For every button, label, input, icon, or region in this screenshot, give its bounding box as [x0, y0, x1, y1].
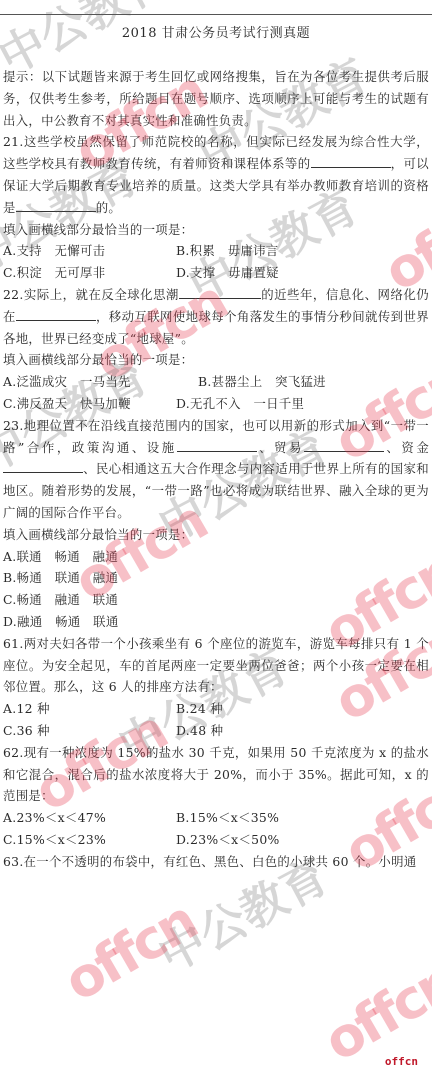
option-d: D.48 种 — [176, 720, 223, 742]
answer-blank — [177, 437, 257, 452]
option-b: B.24 种 — [176, 698, 223, 720]
option-b: B.畅通 联通 融通 — [3, 567, 429, 589]
answer-blank — [16, 306, 96, 321]
option-b: B.甚器尘上 突飞猛进 — [198, 371, 326, 393]
option-d: D.融通 畅通 联通 — [3, 611, 429, 633]
option-a: A.支持 无懈可击 — [3, 240, 176, 262]
question-21: 21.这些学校虽然保留了师范院校的名称，但实际已经发展为综合性大学，这些学校具有… — [3, 131, 429, 218]
question-23: 23.地理位置不在沿线直接范围内的国家，也可以用新的形式加入到“一带一路”合作，… — [3, 415, 429, 524]
question-61: 61.两对夫妇各带一个小孩乘坐有 6 个座位的游览车，游览车每排只有 1 个座位… — [3, 633, 429, 698]
answer-blank — [3, 458, 83, 473]
footer-brand-logo: offcn — [385, 1055, 418, 1068]
options-row: A.支持 无懈可击 B.积累 毋庸讳言 — [3, 240, 429, 262]
options-row: C.15%＜x＜23% D.23%＜x＜50% — [3, 829, 429, 851]
options-row: C.积淀 无可厚非 D.支撑 毋庸置疑 — [3, 262, 429, 284]
question-prompt: 填入画横线部分最恰当的一项是： — [3, 524, 429, 546]
option-d: D.23%＜x＜50% — [176, 829, 280, 851]
option-d: D.无孔不入 一日千里 — [176, 393, 304, 415]
option-b: B.15%＜x＜35% — [176, 807, 279, 829]
option-c: C.15%＜x＜23% — [3, 829, 176, 851]
option-a: A.23%＜x＜47% — [3, 807, 176, 829]
options-row: A.泛滥成灾 一马当先 B.甚器尘上 突飞猛进 — [3, 371, 429, 393]
option-a: A.12 种 — [3, 698, 176, 720]
header-rule — [0, 14, 432, 15]
question-prompt: 填入画横线部分最恰当的一项是： — [3, 349, 429, 371]
question-prompt: 填入画横线部分最恰当的一项是： — [3, 219, 429, 241]
answer-blank — [311, 153, 391, 168]
question-62: 62.现有一种浓度为 15%的盐水 30 千克，如果用 50 千克浓度为 x 的… — [3, 742, 429, 807]
document-body: 提示：以下试题皆来源于考生回忆或网络搜集，旨在为各位考生提供考后服务，仅供考生参… — [3, 66, 429, 872]
option-c: C.36 种 — [3, 720, 176, 742]
options-row: C.36 种 D.48 种 — [3, 720, 429, 742]
question-22: 22.实际上，就在反全球化思潮的近些年，信息化、网络化仍在，移动互联网使地球每个… — [3, 284, 429, 349]
answer-blank — [16, 197, 96, 212]
option-b: B.积累 毋庸讳言 — [176, 240, 278, 262]
watermark-latin: offcn — [54, 889, 206, 1013]
option-c: C.畅通 融通 联通 — [3, 589, 429, 611]
question-63: 63.在一个不透明的布袋中，有红色、黑色、白色的小球共 60 个。小明通 — [3, 851, 429, 873]
answer-blank — [304, 437, 384, 452]
options-row: A.23%＜x＜47% B.15%＜x＜35% — [3, 807, 429, 829]
options-row: A.12 种 B.24 种 — [3, 698, 429, 720]
option-c: C.积淀 无可厚非 — [3, 262, 176, 284]
option-a: A.联通 畅通 融通 — [3, 546, 429, 568]
page-title: 2018 甘肃公务员考试行测真题 — [0, 22, 432, 41]
options-row: C.沸反盈天 快马加鞭 D.无孔不入 一日千里 — [3, 393, 429, 415]
answer-blank — [179, 284, 261, 299]
option-c: C.沸反盈天 快马加鞭 — [3, 393, 176, 415]
notice-paragraph: 提示：以下试题皆来源于考生回忆或网络搜集，旨在为各位考生提供考后服务，仅供考生参… — [3, 66, 429, 131]
option-d: D.支撑 毋庸置疑 — [176, 262, 279, 284]
option-a: A.泛滥成灾 一马当先 — [3, 371, 198, 393]
